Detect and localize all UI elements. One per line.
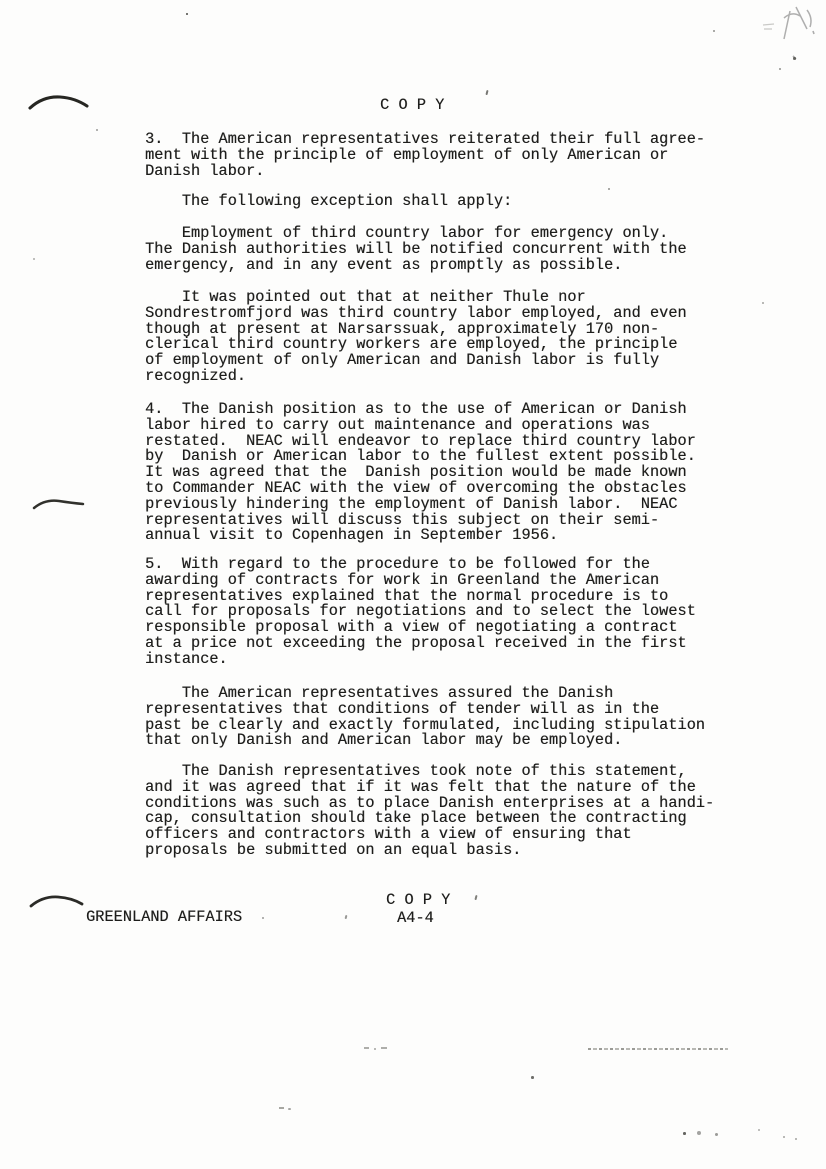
- footer-document-title: GREENLAND AFFAIRS: [86, 910, 242, 926]
- pen-mark-arc: [31, 495, 89, 515]
- para-tender: The American representatives assured the…: [145, 686, 745, 749]
- copy-footer-label: C O P Y: [386, 893, 450, 909]
- footer-page-ref: A4-4: [397, 911, 434, 927]
- handwritten-scribble: [750, 3, 822, 65]
- para-employment: Employment of third country labor for em…: [145, 226, 745, 273]
- copy-header-label: C O P Y: [380, 98, 444, 114]
- para-item-4: 4. The Danish position as to the use of …: [145, 402, 745, 544]
- para-exception: The following exception shall apply:: [145, 194, 745, 210]
- scanned-document-page: C O P Y 3. The American representatives …: [0, 0, 826, 1169]
- para-consultation: The Danish representatives took note of …: [145, 764, 745, 859]
- pen-mark-arc: [27, 92, 93, 114]
- smudge-dashed-line: [588, 1048, 728, 1050]
- para-item-5: 5. With regard to the procedure to be fo…: [145, 557, 745, 668]
- para-thule: It was pointed out that at neither Thule…: [145, 290, 745, 385]
- para-item-3: 3. The American representatives reiterat…: [145, 132, 745, 179]
- pen-mark-arc: [28, 892, 88, 912]
